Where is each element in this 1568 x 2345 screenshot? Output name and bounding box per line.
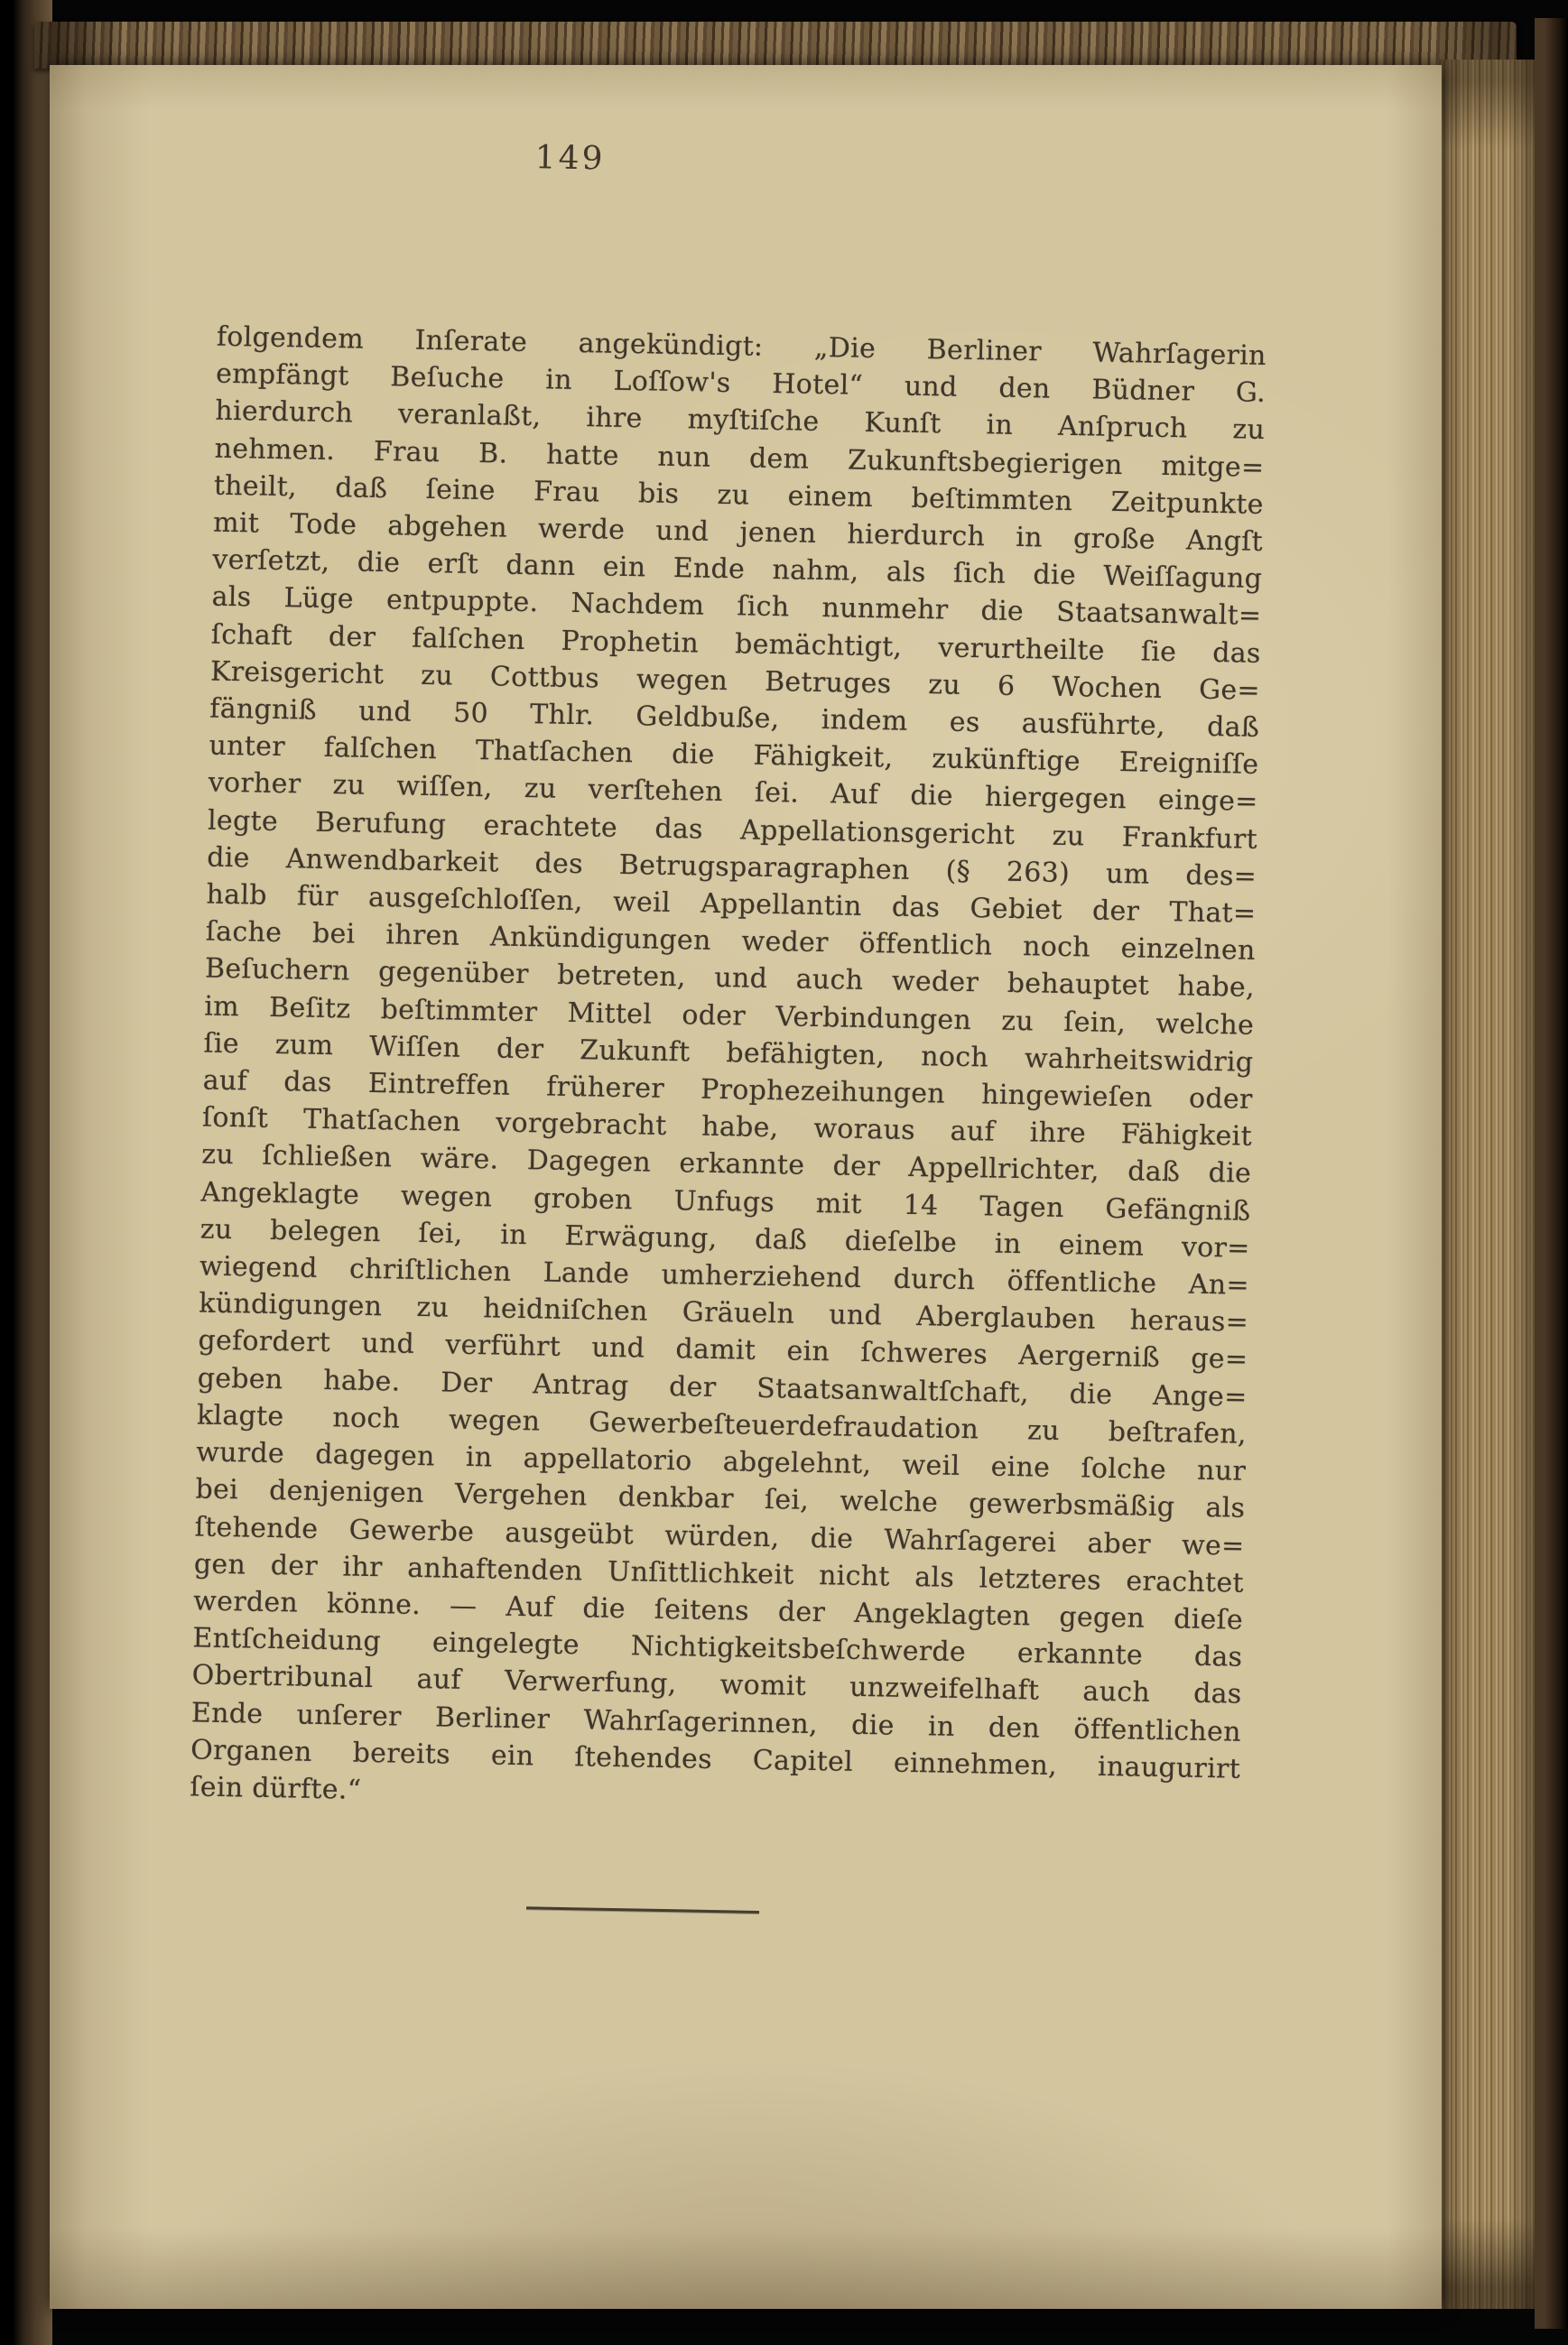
section-divider-rule bbox=[526, 1906, 759, 1914]
page-content: 149 folgendem Inſerate angekündigt: „Die… bbox=[14, 54, 1446, 2323]
book-page: 149 folgendem Inſerate angekündigt: „Die… bbox=[50, 65, 1442, 2309]
page-number: 149 bbox=[497, 138, 643, 178]
page-stack-fore-edge bbox=[1437, 60, 1538, 2309]
scanned-book-photo: 149 folgendem Inſerate angekündigt: „Die… bbox=[0, 0, 1568, 2345]
book-cover-edge bbox=[1535, 18, 1568, 2329]
body-text: folgendem Inſerate angekündigt: „Die Ber… bbox=[190, 319, 1266, 1825]
